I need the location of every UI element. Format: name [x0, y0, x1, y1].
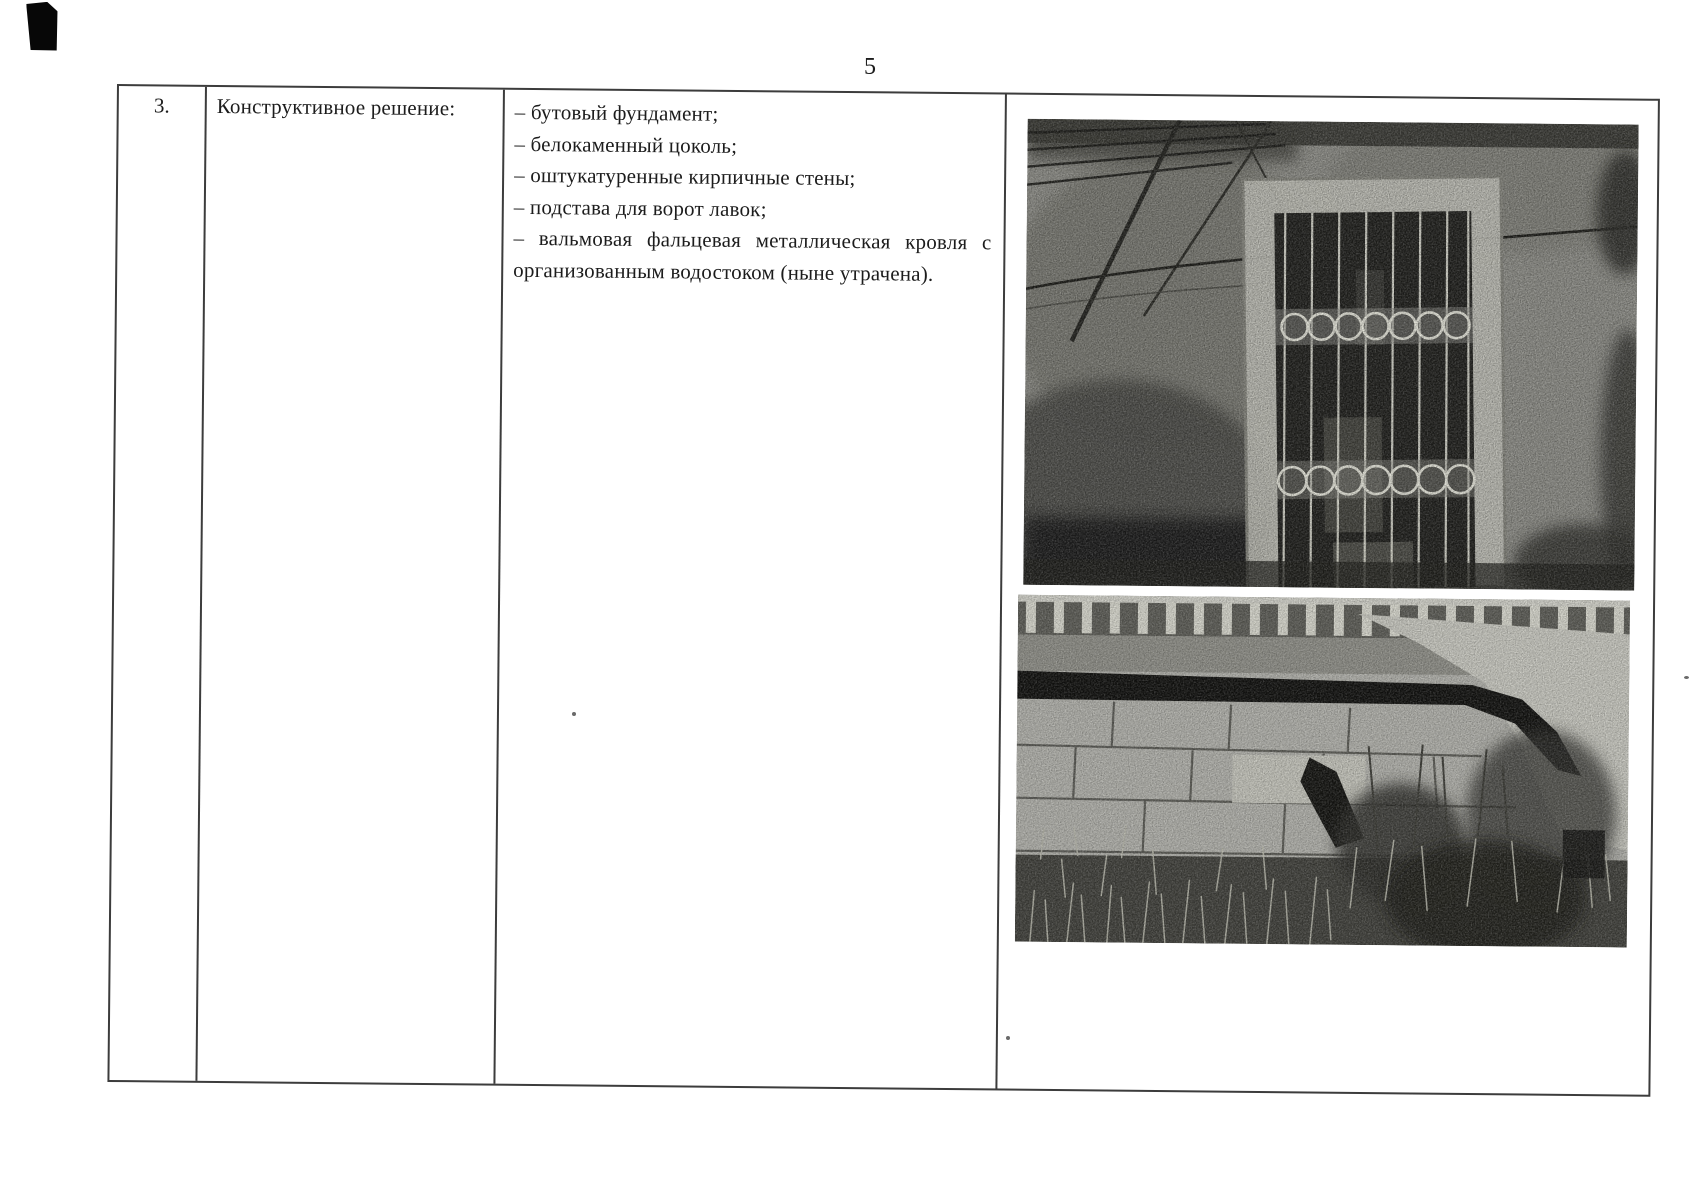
construction-items-cell: – бутовый фундамент; – белокаменный цоко…: [513, 97, 993, 291]
photo-window-grille-image: [1023, 119, 1638, 591]
construction-item: – бутовый фундамент;: [515, 97, 993, 133]
construction-item: – вальмовая фальцевая металлическая кров…: [513, 223, 992, 291]
construction-item: – подстава для ворот лавок;: [514, 191, 992, 227]
table-column-divider: [995, 95, 1007, 1089]
scan-artifact-corner: [26, 1, 59, 51]
photo-stone-plinth-image: [1015, 595, 1630, 948]
scan-speck: [1684, 676, 1689, 679]
scanned-document-page: 5 3. Конструктивное решение: – бутовый ф…: [0, 0, 1697, 1200]
scan-speck: [572, 712, 576, 716]
row-label-cell: Конструктивное решение:: [217, 94, 456, 121]
scan-speck: [1006, 1036, 1010, 1040]
row-number-cell: 3.: [119, 93, 205, 119]
table-column-divider: [195, 87, 207, 1081]
table-column-divider: [493, 90, 505, 1084]
photo-stone-plinth: [1015, 595, 1630, 948]
construction-item: – оштукатуренные кирпичные стены;: [514, 160, 992, 196]
inventory-table: 3. Конструктивное решение: – бутовый фун…: [107, 84, 1660, 1097]
photo-window-grille: [1023, 119, 1638, 591]
page-number: 5: [840, 54, 900, 81]
construction-item: – белокаменный цоколь;: [514, 128, 992, 164]
